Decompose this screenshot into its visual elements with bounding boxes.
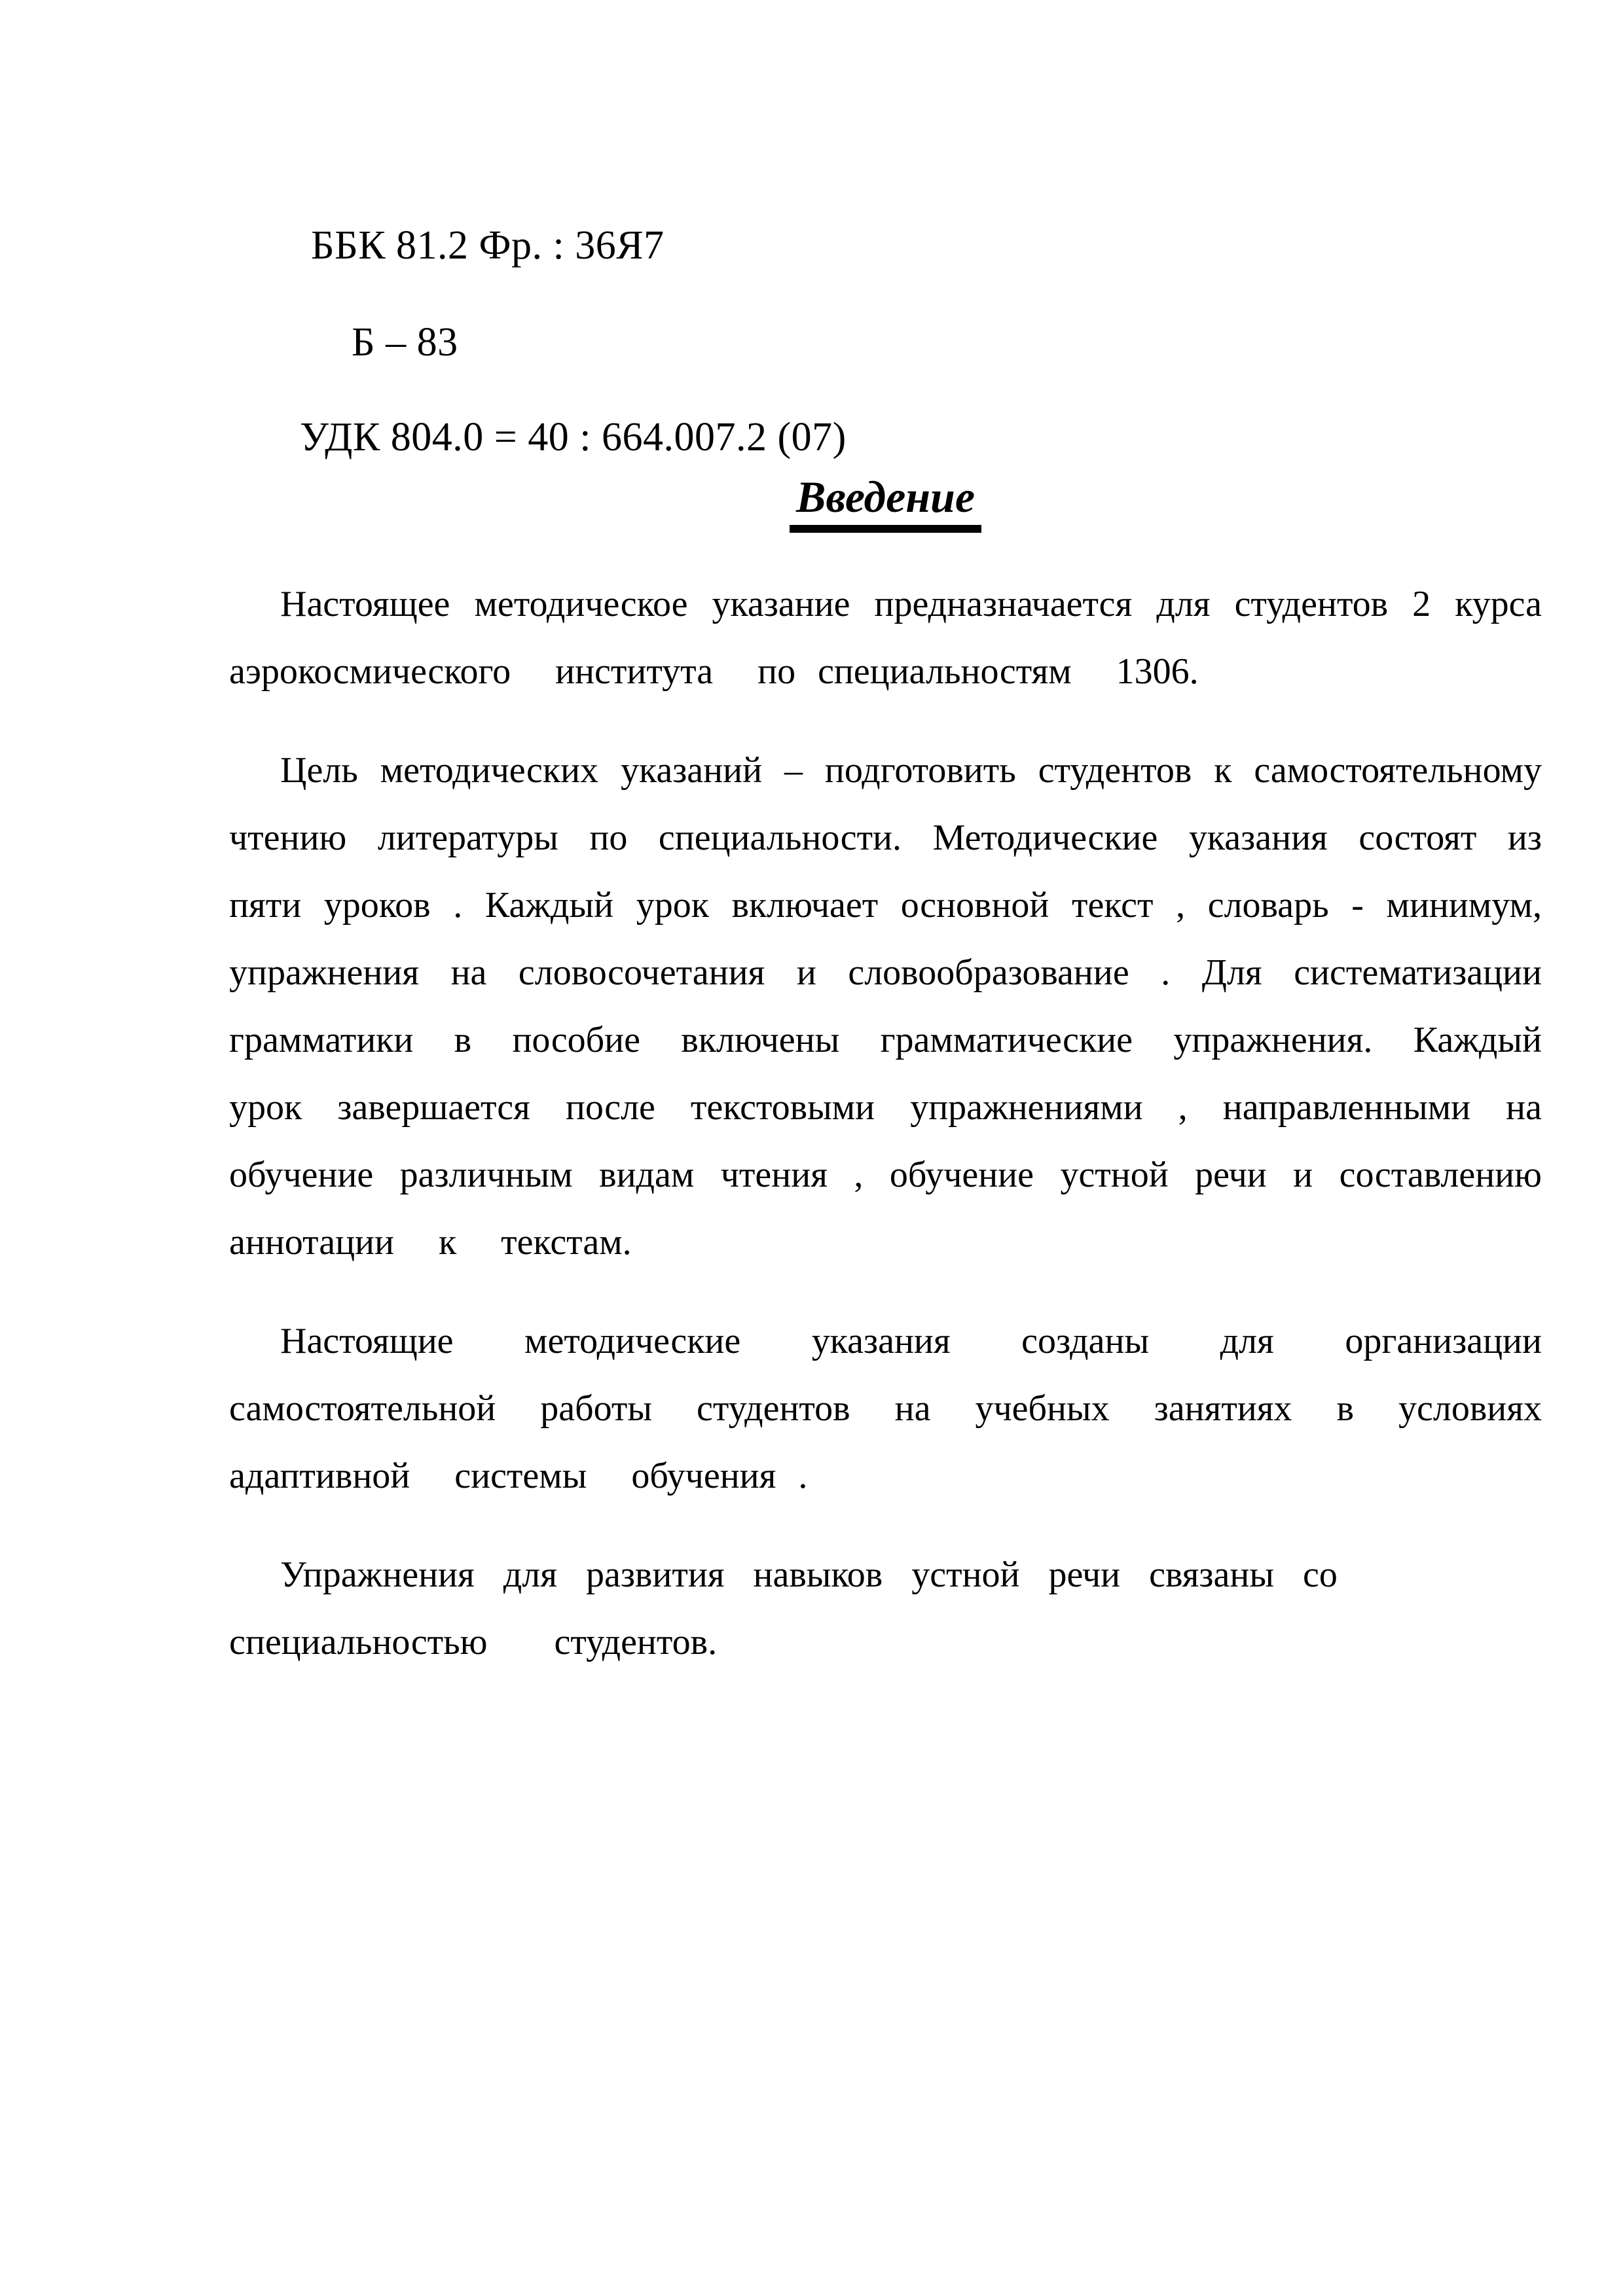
text-line: Настоящие методические указания созданы …: [229, 1308, 1542, 1375]
text-line: Цель методических указаний – подготовить…: [229, 737, 1542, 804]
bbk-classification-line: ББК 81.2 Фр. : 36Я7: [311, 223, 665, 268]
text-line: пяти уроков . Каждый урок включает основ…: [229, 872, 1542, 939]
section-title: Введение: [790, 471, 981, 533]
section-title-row: Введение: [229, 471, 1542, 533]
text-line: упражнения на словосочетания и словообра…: [229, 939, 1542, 1007]
text-line: самостоятельной работы студентов на учеб…: [229, 1375, 1542, 1443]
paragraph-2: Цель методических указаний – подготовить…: [229, 737, 1542, 1276]
text-line: чтению литературы по специальности. Мето…: [229, 804, 1542, 872]
document-page: ББК 81.2 Фр. : 36Я7 Б – 83 УДК 804.0 = 4…: [0, 0, 1623, 2296]
body-text: Настоящее методическое указание предназн…: [229, 571, 1542, 1708]
paragraph-1: Настоящее методическое указание предназн…: [229, 571, 1542, 706]
text-line: адаптивной системы обучения .: [229, 1443, 1542, 1510]
author-sign-line: Б – 83: [352, 319, 458, 365]
text-line: аннотации к текстам.: [229, 1209, 1542, 1276]
text-line: обучение различным видам чтения , обучен…: [229, 1141, 1542, 1209]
text-line: аэрокосмического института по специально…: [229, 638, 1542, 706]
text-line: специальностью студентов.: [229, 1609, 1542, 1676]
text-line: Настоящее методическое указание предназн…: [229, 571, 1542, 638]
udk-classification-line: УДК 804.0 = 40 : 664.007.2 (07): [300, 414, 847, 460]
paragraph-4: Упражнения для развития навыков устной р…: [229, 1541, 1542, 1676]
text-line: грамматики в пособие включены грамматиче…: [229, 1007, 1542, 1074]
text-line: урок завершается после текстовыми упражн…: [229, 1074, 1542, 1141]
text-line: Упражнения для развития навыков устной р…: [229, 1541, 1542, 1609]
paragraph-3: Настоящие методические указания созданы …: [229, 1308, 1542, 1510]
